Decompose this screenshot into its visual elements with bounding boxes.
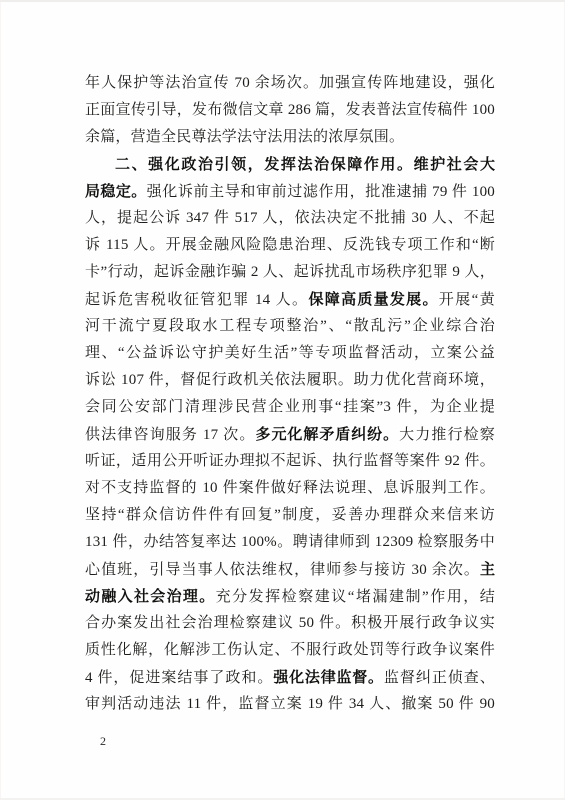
text-segment: 诉讼 107 件，督促行政机关依法履职。助力优化营商环境， bbox=[85, 372, 495, 388]
bold-text-segment: 二、强化政治引领，发挥法治保障作用。 bbox=[115, 156, 414, 173]
text-segment: 4 件，促进案结事了政和。 bbox=[85, 670, 273, 686]
text-line: 年人保护等法治宣传 70 余场次。加强宣传阵地建设，强化 bbox=[85, 70, 495, 97]
bold-text-segment: 维护社会大 bbox=[414, 156, 495, 173]
text-line: 质性化解，化解涉工伤认定、不服行政处罚等行政争议案件 bbox=[85, 637, 495, 664]
text-segment: 131 件，办结答复率达 100%。聘请律师到 12309 检察服务中 bbox=[85, 534, 495, 550]
document-page: 年人保护等法治宣传 70 余场次。加强宣传阵地建设，强化正面宣传引导，发布微信文… bbox=[0, 0, 565, 800]
text-line: 人，提起公诉 347 件 517 人，依法决定不批捕 30 人、不起 bbox=[85, 205, 495, 232]
body-text: 年人保护等法治宣传 70 余场次。加强宣传阵地建设，强化正面宣传引导，发布微信文… bbox=[85, 70, 495, 718]
text-line: 局稳定。强化诉前主导和审前过滤作用，批准逮捕 79 件 100 bbox=[85, 178, 495, 205]
text-segment: 起诉危害税收征管犯罪 14 人。 bbox=[85, 292, 309, 308]
text-segment: 强化诉前主导和审前过滤作用，批准逮捕 79 件 100 bbox=[147, 184, 495, 200]
text-segment: 审判活动违法 11 件，监督立案 19 件 34 人、撤案 50 件 90 bbox=[85, 696, 495, 712]
text-line: 动融入社会治理。充分发挥检察建议“堵漏建制”作用，结 bbox=[85, 583, 495, 610]
text-line: 审判活动违法 11 件，监督立案 19 件 34 人、撤案 50 件 90 bbox=[85, 691, 495, 718]
text-segment: 供法律咨询服务 17 次。 bbox=[85, 427, 256, 443]
text-line: 4 件，促进案结事了政和。强化法律监督。监督纠正侦查、 bbox=[85, 664, 495, 691]
bold-text-segment: 局稳定。 bbox=[85, 183, 147, 200]
bold-text-segment: 多元化解矛盾纠纷。 bbox=[256, 426, 400, 443]
text-line: 卡”行动，起诉金融诈骗 2 人、起诉扰乱市场秩序犯罪 9 人， bbox=[85, 259, 495, 286]
bold-text-segment: 主 bbox=[480, 561, 495, 578]
text-segment: 大力推行检察 bbox=[399, 427, 495, 443]
text-segment: 心值班，引导当事人依法维权，律师参与接访 30 余次。 bbox=[85, 562, 480, 578]
bold-text-segment: 动融入社会治理。 bbox=[85, 588, 216, 605]
text-segment: 听证，适用公开听证办理拟不起诉、执行监督等案件 92 件。 bbox=[85, 453, 495, 469]
text-segment: 年人保护等法治宣传 70 余场次。加强宣传阵地建设，强化 bbox=[85, 75, 495, 91]
text-line: 供法律咨询服务 17 次。多元化解矛盾纠纷。大力推行检察 bbox=[85, 421, 495, 448]
text-line: 心值班，引导当事人依法维权，律师参与接访 30 余次。主 bbox=[85, 556, 495, 583]
text-line: 131 件，办结答复率达 100%。聘请律师到 12309 检察服务中 bbox=[85, 529, 495, 556]
bold-text-segment: 强化法律监督。 bbox=[273, 669, 384, 686]
text-line: 诉 115 人。开展金融风险隐患治理、反洗钱专项工作和“断 bbox=[85, 232, 495, 259]
text-line: 坚持“群众信访件件有回复”制度，妥善办理群众来信来访 bbox=[85, 502, 495, 529]
text-line: 起诉危害税收征管犯罪 14 人。保障高质量发展。开展“黄 bbox=[85, 286, 495, 313]
text-segment: 人，提起公诉 347 件 517 人，依法决定不批捕 30 人、不起 bbox=[85, 210, 495, 226]
text-line: 河干流宁夏段取水工程专项整治”、“散乱污”企业综合治 bbox=[85, 313, 495, 340]
text-line: 听证，适用公开听证办理拟不起诉、执行监督等案件 92 件。 bbox=[85, 448, 495, 475]
text-segment: 监督纠正侦查、 bbox=[384, 670, 495, 686]
text-segment: 质性化解，化解涉工伤认定、不服行政处罚等行政争议案件 bbox=[85, 642, 495, 658]
text-line: 诉讼 107 件，督促行政机关依法履职。助力优化营商环境， bbox=[85, 367, 495, 394]
text-line: 对不支持监督的 10 件案件做好释法说理、息诉服判工作。 bbox=[85, 475, 495, 502]
text-line: 正面宣传引导，发布微信文章 286 篇，发表普法宣传稿件 100 bbox=[85, 97, 495, 124]
text-segment: 卡”行动，起诉金融诈骗 2 人、起诉扰乱市场秩序犯罪 9 人， bbox=[85, 264, 495, 280]
text-line: 会同公安部门清理涉民营企业刑事“挂案”3 件，为企业提 bbox=[85, 394, 495, 421]
text-line: 理、“公益诉讼守护美好生活”等专项监督活动，立案公益 bbox=[85, 340, 495, 367]
text-segment: 坚持“群众信访件件有回复”制度，妥善办理群众来信来访 bbox=[85, 507, 495, 523]
text-segment: 诉 115 人。开展金融风险隐患治理、反洗钱专项工作和“断 bbox=[85, 237, 495, 253]
text-line: 合办案发出社会治理检察建议 50 件。积极开展行政争议实 bbox=[85, 610, 495, 637]
text-segment: 合办案发出社会治理检察建议 50 件。积极开展行政争议实 bbox=[85, 615, 495, 631]
text-segment: 河干流宁夏段取水工程专项整治”、“散乱污”企业综合治 bbox=[85, 318, 495, 334]
text-segment: 余篇，营造全民尊法学法守法用法的浓厚氛围。 bbox=[85, 129, 404, 145]
text-segment: 开展“黄 bbox=[439, 292, 495, 308]
text-line: 余篇，营造全民尊法学法守法用法的浓厚氛围。 bbox=[85, 124, 495, 151]
text-segment: 理、“公益诉讼守护美好生活”等专项监督活动，立案公益 bbox=[85, 345, 495, 361]
text-segment: 充分发挥检察建议“堵漏建制”作用，结 bbox=[216, 589, 495, 605]
text-segment: 正面宣传引导，发布微信文章 286 篇，发表普法宣传稿件 100 bbox=[85, 102, 495, 118]
page-number: 2 bbox=[100, 734, 106, 749]
bold-text-segment: 保障高质量发展。 bbox=[309, 291, 439, 308]
text-segment: 对不支持监督的 10 件案件做好释法说理、息诉服判工作。 bbox=[85, 480, 495, 496]
text-line: 二、强化政治引领，发挥法治保障作用。维护社会大 bbox=[85, 151, 495, 178]
text-segment: 会同公安部门清理涉民营企业刑事“挂案”3 件，为企业提 bbox=[85, 399, 495, 415]
